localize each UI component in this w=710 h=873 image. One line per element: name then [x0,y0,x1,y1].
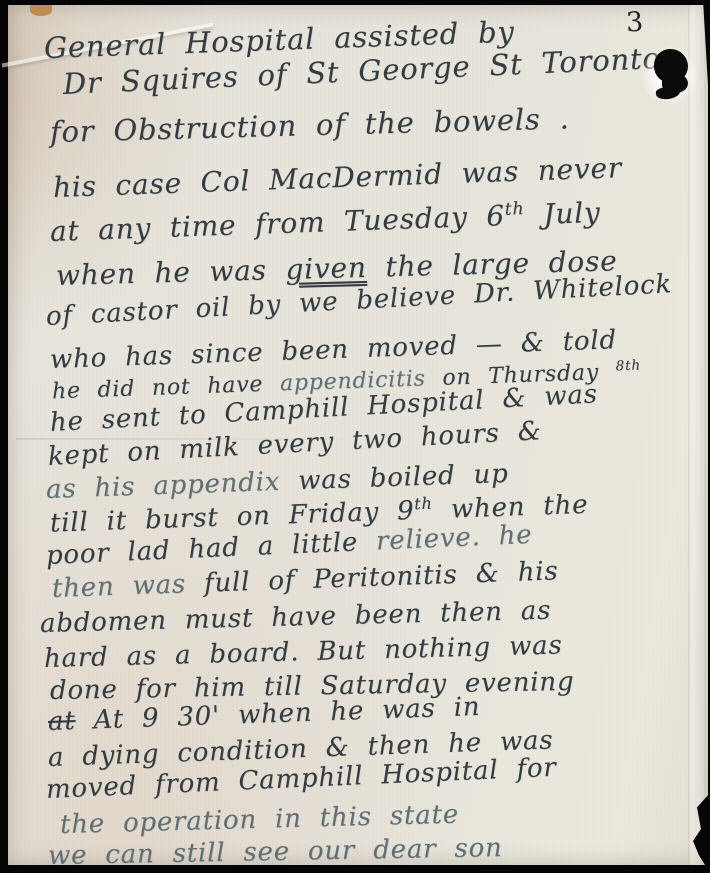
paper-sheet: 3 General Hospital assisted byDr Squires… [8,5,708,865]
handwriting-segment: 8th [615,357,641,374]
handwriting-segment: we can still see our dear son [48,833,503,871]
handwriting-line: for Obstruction of the bowels . [50,101,570,149]
handwriting-segment: at [47,706,76,737]
handwriting-segment: relieve. he [375,520,533,557]
handwriting-lines: General Hospital assisted byDr Squires o… [8,5,708,865]
handwriting-segment: when he was [56,253,286,292]
scanned-letter-page: 3 General Hospital assisted byDr Squires… [0,0,710,873]
handwriting-line: at any time from Tuesday 6th July [49,196,601,248]
handwriting-segment: th [504,199,524,220]
handwriting-segment: then was [51,569,204,604]
handwriting-segment: full of Peritonitis & his [204,556,559,598]
handwriting-segment: July [524,196,601,232]
handwriting-segment: at any time from Tuesday 6 [49,199,505,248]
ink-blot [648,49,696,101]
handwriting-line: we can still see our dear son [48,833,503,871]
handwriting-segment: given [285,251,367,286]
handwriting-segment: for Obstruction of the bowels . [50,101,570,149]
handwriting-segment: was boiled up [298,459,509,496]
handwriting-segment: th [414,494,433,514]
handwriting-segment: his case Col MacDermid was never [52,151,622,204]
handwriting-line: his case Col MacDermid was never [52,151,622,204]
